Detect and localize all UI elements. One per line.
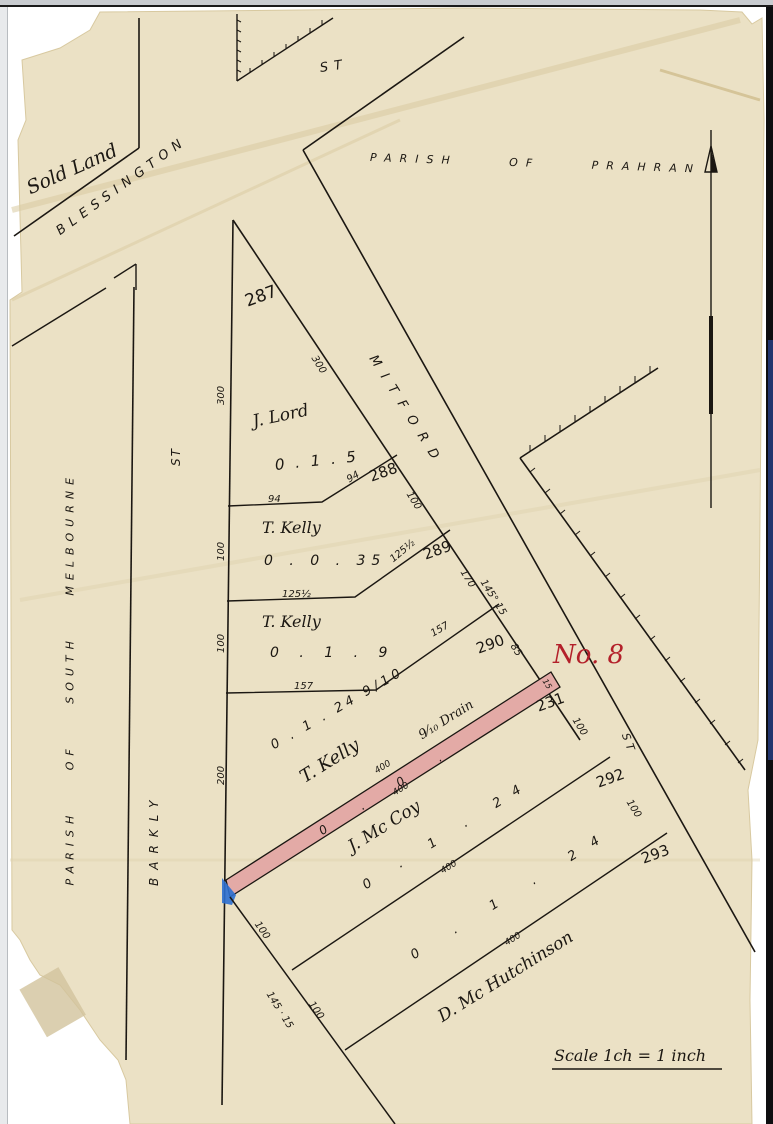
dim-290-west: 200 — [217, 766, 227, 785]
sheet-number-label: No. 8 — [553, 642, 624, 668]
dim-287-west: 300 — [217, 386, 227, 405]
dim-289-south-a: 157 — [294, 682, 313, 692]
dim-287-south-a: 94 — [268, 495, 281, 505]
lot-area-288: 0 . 0 . 35 — [264, 554, 386, 568]
street-label-barkly: BARKLY — [148, 792, 160, 886]
lot-owner-288: T. Kelly — [262, 520, 321, 536]
street-label-blessington-st: ST — [319, 58, 349, 75]
dim-288-west: 100 — [217, 542, 227, 561]
dim-288-south-a: 125½ — [282, 590, 311, 600]
scale-label: Scale 1ch = 1 inch — [554, 1048, 706, 1064]
lot-owner-289: T. Kelly — [262, 614, 321, 630]
lot-area-289: 0 . 1 . 9 — [270, 646, 395, 660]
dim-289-west: 100 — [217, 634, 227, 653]
parish-label-south-melbourne: PARISH OF SOUTH MELBOURNE — [65, 472, 76, 886]
street-label-barkly-st: ST — [170, 447, 182, 466]
